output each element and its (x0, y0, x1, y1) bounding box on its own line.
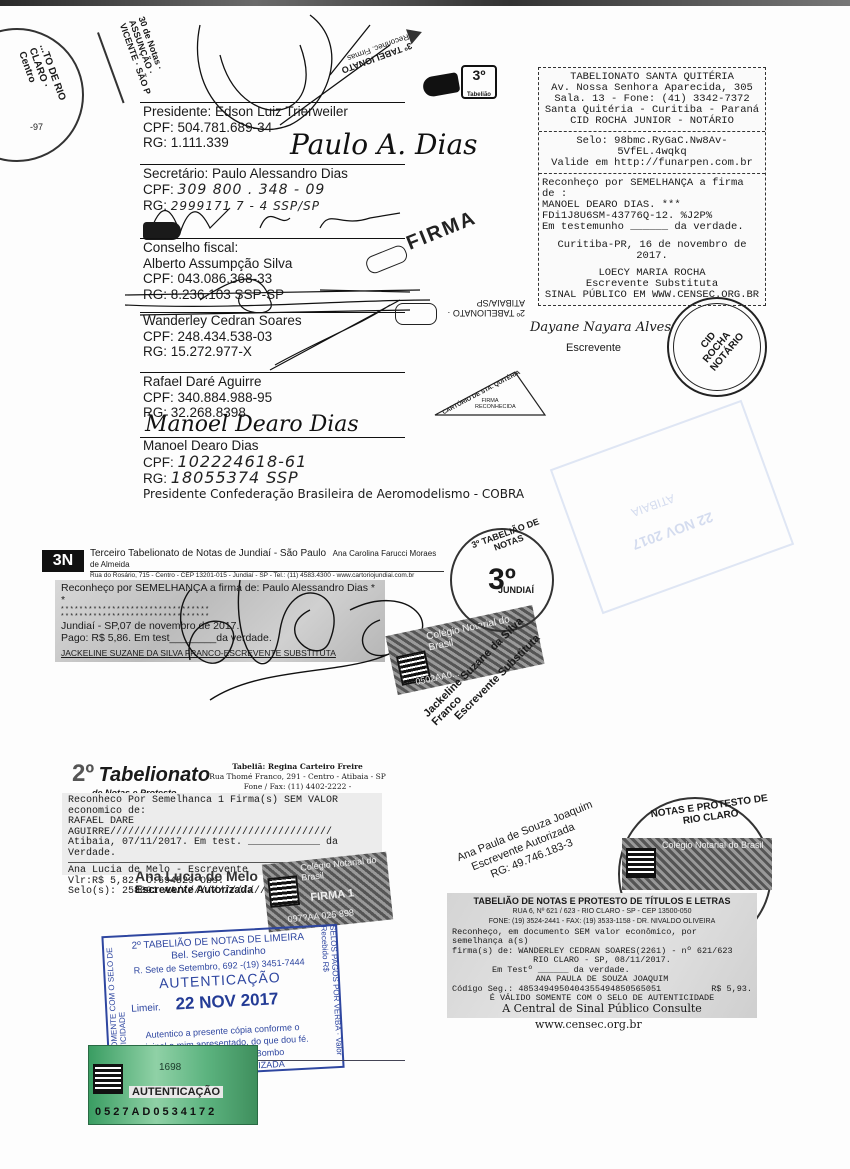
pointing-hand-icon (422, 72, 461, 98)
signature-line (140, 238, 405, 239)
signatory-name: Presidente: Edson Luiz Trierweiler (143, 104, 348, 120)
top-rotated-stamp-text: 30 de Notas · ASSUNÇÃO · VICENTE · SÃO P (118, 15, 174, 100)
top-rotated-stamp: 30 de Notas · ASSUNÇÃO · VICENTE · SÃO P (97, 12, 181, 104)
signature-scribble-secretary (140, 198, 420, 238)
signature-line (140, 372, 405, 373)
signatory-name: Alberto Assumpção Silva (143, 256, 292, 272)
signatory-rg: RG: 18055374 SSP (143, 470, 524, 487)
lim-right-vertical: SELOS PAGOS POR VERBA · Valor Recebido R… (319, 925, 344, 1066)
rc-title: TABELIÃO DE NOTAS E PROTESTO DE TÍTULOS … (452, 896, 752, 907)
atibaia-body-line: Reconheco Por Semelhanca 1 Firma(s) SEM … (68, 796, 376, 817)
cpf-label: CPF: (143, 455, 174, 470)
pointing-hand-outline-icon (395, 303, 437, 325)
atibaia-address: Rua Thomé Franco, 291 - Centro - Atibaia… (200, 772, 395, 782)
handwritten-signature-manoel: Manoel Dearo Dias (145, 412, 359, 437)
handwritten-signature-paulo: Paulo A. Dias (290, 128, 478, 161)
signatory-name: Rafael Daré Aguirre (143, 374, 272, 390)
scan-edge (0, 0, 850, 6)
jundiai-logo: 3N (42, 550, 84, 572)
signatory-title: Presidente Confederação Brasileira de Ae… (143, 487, 524, 503)
dayane-stamp-role: Escrevente (566, 342, 621, 354)
dayane-stamp-name: Dayane Nayara Alves (530, 320, 671, 335)
signer-stamp-name: Ana Lucia de Melo (135, 868, 258, 884)
selo-code: 097?AA 025 898 (287, 907, 354, 924)
third-badge-number: 3º (473, 67, 486, 83)
sq-header: TABELIONATO SANTA QUITÉRIA Av. Nossa Sen… (539, 68, 765, 132)
signatory-cpf: CPF: 309 800 . 348 - 09 (143, 182, 348, 199)
sq-selo-link: Valide em http://funarpen.com.br (542, 158, 762, 169)
atibaia-body-line: RAFAEL DARE AGUIRRE/////////////////////… (68, 817, 376, 838)
rc-code: 4853494950404355494850565051 (518, 984, 661, 994)
atibaia-hand-stamp: 2º TABELIONATO · ATIBAIA/SP (395, 288, 535, 333)
rc-body: Reconheço, em documento SEM valor econôm… (452, 928, 752, 1004)
sq-selo-code: Selo: 98bmc.RyGaC.Nw8Av-5VfEL.4wqkq (542, 136, 762, 158)
third-badge-sub: Tabelião (467, 92, 491, 98)
signatory-manoel: Manoel Dearo Dias CPF: 102224618-61 RG: … (143, 438, 524, 502)
rc-value: R$ 5,93. (711, 985, 752, 995)
signer-stamp-role: Escrevente Autorizada (135, 884, 258, 896)
seal-outer-text: NOTAS E PROTESTO DE RIO CLARO (649, 793, 771, 831)
atibaia-tabelia: Tabeliã: Regina Carteiro Freire (200, 762, 395, 772)
rg-handwritten: 18055374 SSP (171, 468, 299, 487)
atibaia-logo-title: Tabelionato (99, 764, 210, 786)
selo-code: 0527AD0534172 (95, 1106, 217, 1118)
seal-outer-text: 3º TABELIÃO DE NOTAS (461, 513, 552, 563)
atibaia-signer-stamp: Ana Lucia de Melo Escrevente Autorizada (135, 868, 258, 896)
rc-code-label: Código Seg.: (452, 984, 513, 994)
signature-line (140, 102, 405, 103)
cpf-label: CPF: (143, 182, 174, 197)
qr-code-icon (267, 875, 300, 908)
rc-phone: FONE: (19) 3524-2441 - FAX: (19) 3533-11… (452, 917, 752, 928)
atibaia-logo-number: 2º (72, 760, 94, 787)
censec-url[interactable]: www.censec.org.br (535, 1018, 642, 1031)
rc-address: RUA 6, Nº 621 / 623 - RIO CLARO - SP - C… (452, 907, 752, 918)
rio-claro-recognition-box: TABELIÃO DE NOTAS E PROTESTO DE TÍTULOS … (447, 893, 757, 1018)
sq-selo: Selo: 98bmc.RyGaC.Nw8Av-5VfEL.4wqkq Vali… (539, 132, 765, 174)
selo-label: FIRMA 1 (310, 887, 355, 903)
signatory-rg: RG: 15.272.977-X (143, 344, 302, 360)
signatory-name: Wanderley Cedran Soares (143, 313, 302, 329)
selo-number: 1698 (159, 1062, 181, 1073)
lim-date: 22 NOV 2017 (175, 989, 279, 1013)
rc-body-line: Reconheço, em documento SEM valor econôm… (452, 928, 752, 947)
signature-line (140, 164, 405, 165)
signatory-name: Secretário: Paulo Alessandro Dias (143, 166, 348, 182)
sq-body-line: Em testemunho ______ da verdade. (542, 222, 762, 233)
santa-quiteria-recognition-box: TABELIONATO SANTA QUITÉRIA Av. Nossa Sen… (538, 67, 766, 306)
atibaia-body-line: Atibaia, 07/11/2017. Em test. __________… (68, 838, 376, 859)
limeira-underline (245, 1060, 405, 1061)
sq-body: Reconheço por SEMELHANÇA a firma de : MA… (539, 174, 765, 305)
rio-claro-stamp-small: -97 (30, 122, 43, 132)
sq-body-line: Reconheço por SEMELHANÇA a firma de : (542, 178, 762, 200)
faded-autenticacao-stamp: ATIBAIA 22 NOV 2017 (550, 400, 794, 614)
qr-code-icon (626, 848, 656, 878)
rg-label: RG: (143, 471, 167, 486)
rio-claro-colegio-notarial-selo: Colégio Notarial do Brasil (622, 838, 772, 890)
sta-quiteria-triangle-stamp: CARTÓRIO DE STA. QUITÉRIA FIRMA RECONHEC… (430, 370, 550, 420)
sq-header-line: CID ROCHA JUNIOR - NOTÁRIO (542, 116, 762, 127)
third-hand-badge: 3º Tabelião (423, 65, 495, 103)
rio-claro-stamp-text: ...TO DE RIO CLARO · Centro (16, 43, 68, 111)
lim-date-row: Limeir. 22 NOV 2017 (131, 991, 312, 1015)
jundiai-title: Terceiro Tabelionato de Notas de Jundiaí… (90, 548, 326, 559)
pointing-hand-outline-icon (364, 243, 410, 275)
selo-title: Colégio Notarial do Brasil (662, 840, 764, 850)
rio-claro-signer-stamp: Ana Paula de Souza Joaquim Escrevente Au… (455, 798, 605, 891)
qr-code-icon (93, 1064, 123, 1094)
signatory-cpf: CPF: 340.884.988-95 (143, 390, 272, 406)
autenticacao-selo: 1698 AUTENTICAÇÃO 0527AD0534172 (88, 1045, 258, 1125)
selo-label: AUTENTICAÇÃO (129, 1086, 223, 1098)
atibaia-colegio-notarial-selo: Colégio Notarial do Brasil FIRMA 1 097?A… (262, 852, 393, 933)
signatory-wanderley: Wanderley Cedran Soares CPF: 248.434.538… (143, 313, 302, 360)
atibaia-hand-text: 2º TABELIONATO · ATIBAIA/SP (445, 298, 525, 318)
sq-date: Curitiba-PR, 16 de novembro de 2017. (542, 240, 762, 262)
faded-stamp-city: ATIBAIA (629, 491, 676, 520)
triangle-stamp-sub: FIRMA RECONHECIDA (475, 398, 505, 410)
sta-quiteria-circle-seal: CID ROCHA NOTÁRIO (667, 297, 767, 397)
cpf-handwritten: 309 800 . 348 - 09 (178, 182, 326, 198)
rio-claro-partial-stamp: ...TO DE RIO CLARO · Centro -97 (0, 28, 84, 162)
rc-central: A Central de Sinal Público Consulte (452, 1004, 752, 1015)
lim-city: Limeir. (131, 1002, 161, 1015)
third-badge-box: 3º Tabelião (461, 65, 497, 99)
section-label: Conselho fiscal: (143, 240, 292, 256)
signatory-cpf: CPF: 248.434.538-03 (143, 329, 302, 345)
